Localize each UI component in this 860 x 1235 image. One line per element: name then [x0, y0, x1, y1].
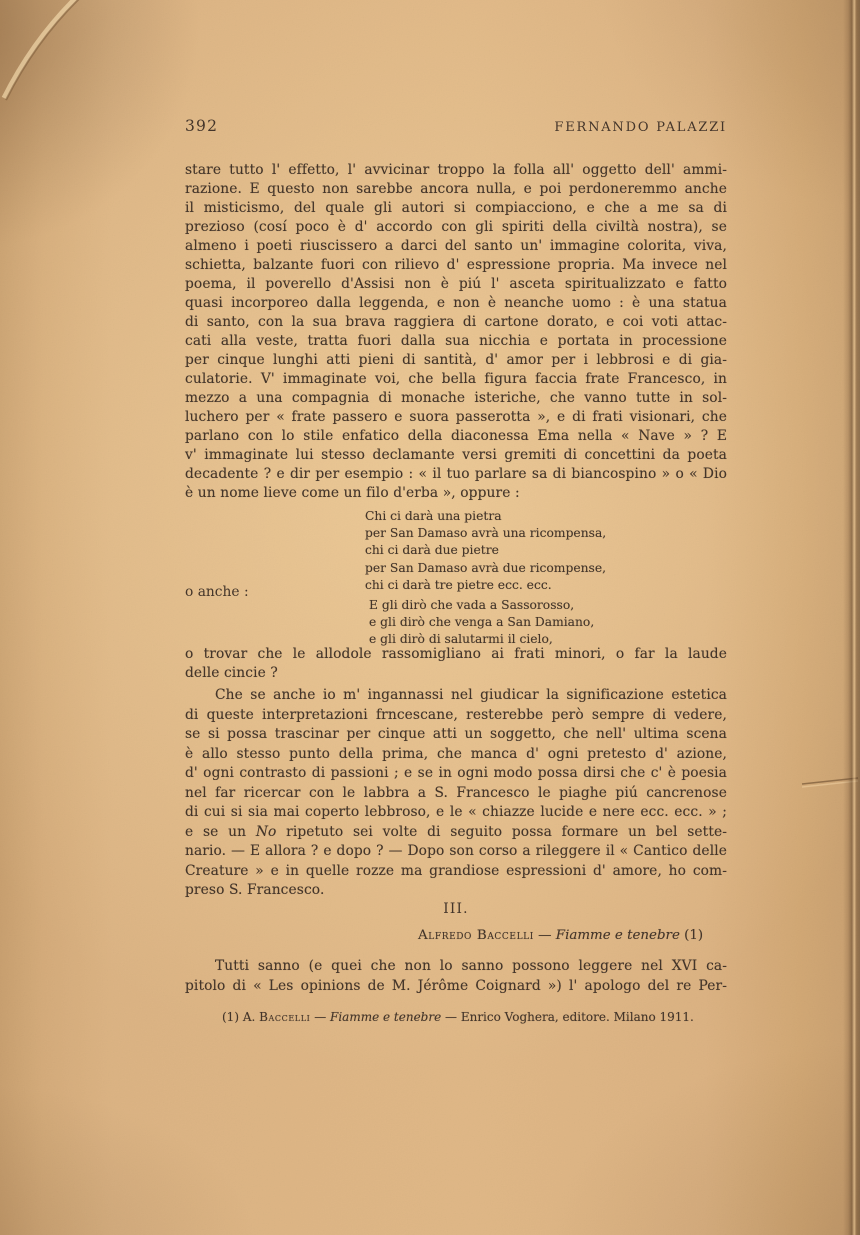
- text-line: nario. — E allora ? e dopo ? — Dopo son …: [185, 842, 727, 862]
- text-line: culatorie. V' immaginate voi, che bella …: [185, 370, 727, 389]
- text-line: se si possa trascinar per cinque atti un…: [185, 725, 727, 745]
- text-line: Che se anche io m' ingannassi nel giudic…: [185, 686, 727, 706]
- text-line: per cinque lunghi atti pieni di santità,…: [185, 351, 727, 370]
- text-line: schietta, balzante fuori con rilievo d' …: [185, 256, 727, 275]
- text-line: razione. E questo non sarebbe ancora nul…: [185, 180, 727, 199]
- paragraph-tutti-sanno: Tutti sanno (e quei che non lo sanno pos…: [185, 957, 727, 996]
- text-line: mezzo a una compagnia di monache isteric…: [185, 389, 727, 408]
- scanned-book-page: { "palette": { "paper": "#ddb485", "ink"…: [0, 0, 860, 1235]
- corner-crease-icon: [6, 0, 82, 100]
- text-line: di santo, con la sua brava raggiera di c…: [185, 313, 727, 332]
- text-line: il misticismo, del quale gli autori si c…: [185, 199, 727, 218]
- text-line: per San Damaso avrà una ricompensa,: [365, 525, 727, 542]
- page-number: 392: [185, 117, 218, 135]
- page-header: 392 FERNANDO PALAZZI: [185, 117, 727, 135]
- text-line: di cui si sia mai coperto lebbroso, e le…: [185, 803, 727, 823]
- text-line: prezioso (cosí poco è d' accordo con gli…: [185, 218, 727, 237]
- text-line: luchero per « frate passero e suora pass…: [185, 408, 727, 427]
- chapter-subheading: Alfredo Baccelli — Fiamme e tenebre (1): [185, 928, 727, 943]
- text-line: di queste interpretazioni frncescane, re…: [185, 706, 727, 726]
- text-line: è un nome lieve come un filo d'erba », o…: [185, 484, 727, 503]
- text-line: chi ci darà due pietre: [365, 542, 727, 559]
- section-heading: III.: [185, 901, 727, 917]
- paragraph-che-se-anche: Che se anche io m' ingannassi nel giudic…: [185, 686, 727, 901]
- text-line: è allo stesso punto della prima, che man…: [185, 745, 727, 765]
- text-line: almeno i poeti riuscissero a darci del s…: [185, 237, 727, 256]
- text-line: per San Damaso avrà due ricompense,: [365, 560, 727, 577]
- text-line: e gli dirò che venga a San Damiano,: [369, 614, 731, 631]
- text-line: stare tutto l' effetto, l' avvicinar tro…: [185, 161, 727, 180]
- text-line: (1) A. Baccelli — Fiamme e tenebre — Enr…: [185, 1010, 727, 1024]
- edge-tear-icon: [802, 778, 858, 784]
- text-line: Chi ci darà una pietra: [365, 508, 727, 525]
- text-line: poema, il poverello d'Assisi non è piú l…: [185, 275, 727, 294]
- text-line: Alfredo Baccelli — Fiamme e tenebre (1): [185, 928, 727, 943]
- text-line: pitolo di « Les opinions de M. Jérôme Co…: [185, 977, 727, 997]
- text-line: o trovar che le allodole rassomigliano a…: [185, 645, 727, 664]
- text-line: Creature » e in quelle rozze ma grandios…: [185, 862, 727, 882]
- text-line: cati alla veste, tratta fuori dalla sua …: [185, 332, 727, 351]
- text-line: delle cincie ?: [185, 664, 727, 683]
- paragraph-intro: stare tutto l' effetto, l' avvicinar tro…: [185, 161, 727, 503]
- text-line: e se un No ripetuto sei volte di seguito…: [185, 823, 727, 843]
- text-line: decadente ? e dir per esempio : « il tuo…: [185, 465, 727, 484]
- verse-block-pietra: Chi ci darà una pietraper San Damaso avr…: [365, 508, 727, 594]
- running-header: FERNANDO PALAZZI: [554, 120, 727, 135]
- text-line: v' immaginate lui stesso declamante vers…: [185, 446, 727, 465]
- text-line: E gli dirò che vada a Sassorosso,: [369, 597, 731, 614]
- paragraph-allodole: o trovar che le allodole rassomigliano a…: [185, 645, 727, 683]
- verse-block-sassorosso: E gli dirò che vada a Sassorosso,e gli d…: [369, 597, 731, 649]
- text-line: preso S. Francesco.: [185, 881, 727, 901]
- text-line: nel far ricercar con le labbra a S. Fran…: [185, 784, 727, 804]
- text-line: parlano con lo stile enfatico della diac…: [185, 427, 727, 446]
- text-line: Tutti sanno (e quei che non lo sanno pos…: [185, 957, 727, 977]
- footnote: (1) A. Baccelli — Fiamme e tenebre — Enr…: [185, 1010, 727, 1024]
- page-right-edge: [843, 0, 860, 1235]
- corner-crease-highlight: [4, 0, 80, 98]
- text-line: quasi incorporeo dalla leggenda, e non è…: [185, 294, 727, 313]
- text-line: d' ogni contrasto di passioni ; e se in …: [185, 764, 727, 784]
- edge-tear-highlight: [802, 781, 858, 787]
